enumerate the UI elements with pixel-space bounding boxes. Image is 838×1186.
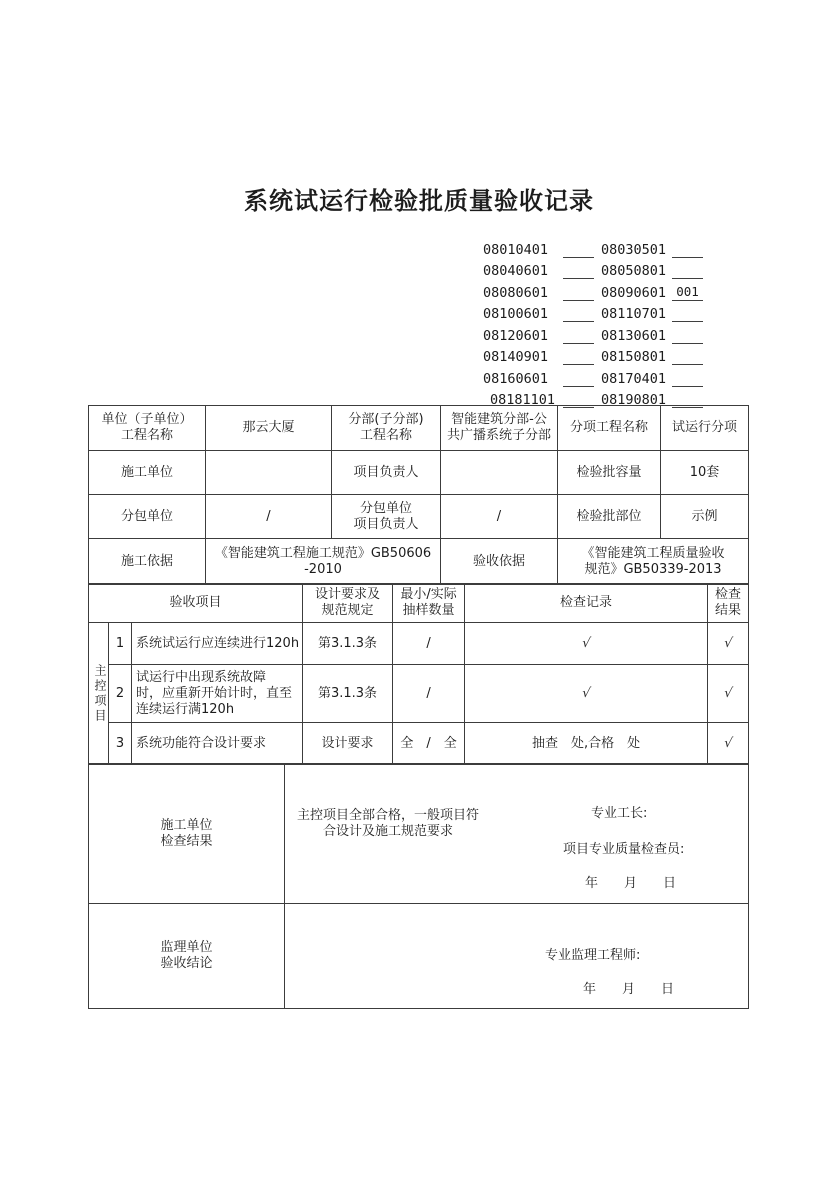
construction-conclusion-text: 主控项目全部合格，一般项目符 合设计及施工规范要求 [287,808,489,840]
code-left: 08080601 [483,285,555,301]
item-result: √ [708,623,749,665]
subcontractor-leader-value: / [441,495,558,539]
item-record: √ [465,665,708,723]
code-right-blank [672,327,703,344]
project-leader-label: 项目负责人 [332,451,441,495]
batch-location-value: 示例 [661,495,749,539]
code-left-blank [563,262,594,279]
project-info-table: 单位（子单位） 工程名称 那云大厦 分部(子分部) 工程名称 智能建筑分部-公 … [88,405,749,585]
code-left: 08140901 [483,349,555,365]
code-row: 08100601 08110701 [483,301,703,323]
item-text: 试运行中出现系统故障 时，应重新开始计时，直至 连续运行满120h [132,665,303,723]
conclusion-table: 施工单位 检查结果 主控项目全部合格，一般项目符 合设计及施工规范要求 专业工长… [88,763,749,1009]
project-leader-value [441,451,558,495]
item-result: √ [708,723,749,765]
item-record: √ [465,623,708,665]
code-row: 08160601 08170401 [483,365,703,387]
subitem-project-label: 分项工程名称 [558,406,661,451]
inspection-items-table: 验收项目 设计要求及 规范规定 最小/实际 抽样数量 检查记录 检查 结果 主控… [88,583,749,765]
supervision-conclusion-cell: 专业监理工程师: 年 月 日 [285,904,749,1009]
checkmark: √ [723,736,734,752]
construction-basis-value: 《智能建筑工程施工规范》GB50606 -2010 [206,539,441,585]
acceptance-basis-value: 《智能建筑工程质量验收 规范》GB50339-2013 [558,539,749,585]
unit-project-label: 单位（子单位） 工程名称 [89,406,206,451]
code-right-blank [672,348,703,365]
batch-location-label: 检验批部位 [558,495,661,539]
code-row: 08080601 08090601 001 [483,279,703,301]
item-record: 抽查 处,合格 处 [465,723,708,765]
code-left-blank [563,284,594,301]
code-left: 08040601 [483,263,555,279]
checkmark: √ [581,686,592,702]
code-left: 08120601 [483,328,555,344]
document-page: 系统试运行检验批质量验收记录 08010401 08030501 0804060… [0,0,838,1186]
item-number: 1 [109,623,132,665]
code-right: 08030501 [601,242,671,258]
code-right: 08050801 [601,263,671,279]
code-left-blank [563,327,594,344]
code-left: 08010401 [483,242,555,258]
item-requirement: 第3.1.3条 [303,665,393,723]
code-row: 08040601 08050801 [483,258,703,280]
group-label-main-control: 主控项目 [89,623,109,765]
foreman-signature-label: 专业工长: [591,806,647,822]
item-requirement: 第3.1.3条 [303,623,393,665]
checkmark: √ [723,686,734,702]
batch-capacity-value: 10套 [661,451,749,495]
code-row: 08140901 08150801 [483,344,703,366]
code-right: 08150801 [601,349,671,365]
subcontractor-leader-label: 分包单位 项目负责人 [332,495,441,539]
code-right-blank: 001 [672,284,703,301]
unit-project-value: 那云大厦 [206,406,332,451]
item-number: 3 [109,723,132,765]
item-requirement: 设计要求 [303,723,393,765]
subcontractor-value: / [206,495,332,539]
code-left-blank [563,348,594,365]
quality-inspector-signature-label: 项目专业质量检查员: [563,842,684,858]
item-sampling: / [393,665,465,723]
division-project-label: 分部(子分部) 工程名称 [332,406,441,451]
supervision-conclusion-label: 监理单位 验收结论 [89,904,285,1009]
item-sampling: / [393,623,465,665]
item-text: 系统试运行应连续进行120h [132,623,303,665]
header-design-requirement: 设计要求及 规范规定 [303,584,393,623]
supervision-engineer-signature-label: 专业监理工程师: [545,948,640,964]
item-text: 系统功能符合设计要求 [132,723,303,765]
header-check-record: 检查记录 [465,584,708,623]
construction-unit-label: 施工单位 [89,451,206,495]
code-right-blank [672,305,703,322]
code-list: 08010401 08030501 08040601 08050801 0808… [483,236,703,408]
item-sampling: 全 / 全 [393,723,465,765]
header-acceptance-item: 验收项目 [89,584,303,623]
item-result: √ [708,665,749,723]
code-row: 08120601 08130601 [483,322,703,344]
subcontractor-label: 分包单位 [89,495,206,539]
item-number: 2 [109,665,132,723]
division-project-value: 智能建筑分部-公 共广播系统子分部 [441,406,558,451]
code-left: 08160601 [483,371,555,387]
checkmark: √ [581,636,592,652]
code-right-blank [672,262,703,279]
construction-basis-label: 施工依据 [89,539,206,585]
code-right: 08170401 [601,371,671,387]
batch-capacity-label: 检验批容量 [558,451,661,495]
construction-unit-value [206,451,332,495]
code-row: 08010401 08030501 [483,236,703,258]
construction-check-result-label: 施工单位 检查结果 [89,764,285,904]
header-check-result: 检查 结果 [708,584,749,623]
header-sampling-quantity: 最小/实际 抽样数量 [393,584,465,623]
supervision-date-line: 年 月 日 [583,982,674,998]
acceptance-basis-label: 验收依据 [441,539,558,585]
construction-date-line: 年 月 日 [585,876,676,892]
construction-check-result-cell: 主控项目全部合格，一般项目符 合设计及施工规范要求 专业工长: 项目专业质量检查… [285,764,749,904]
page-title: 系统试运行检验批质量验收记录 [0,181,838,216]
code-right: 08090601 [601,285,671,301]
code-left-blank [563,370,594,387]
code-right-blank [672,241,703,258]
code-right: 08130601 [601,328,671,344]
checkmark: √ [723,636,734,652]
code-left-blank [563,305,594,322]
code-left: 08100601 [483,306,555,322]
code-right: 08110701 [601,306,671,322]
code-left-blank [563,241,594,258]
subitem-project-value: 试运行分项 [661,406,749,451]
code-right-blank [672,370,703,387]
